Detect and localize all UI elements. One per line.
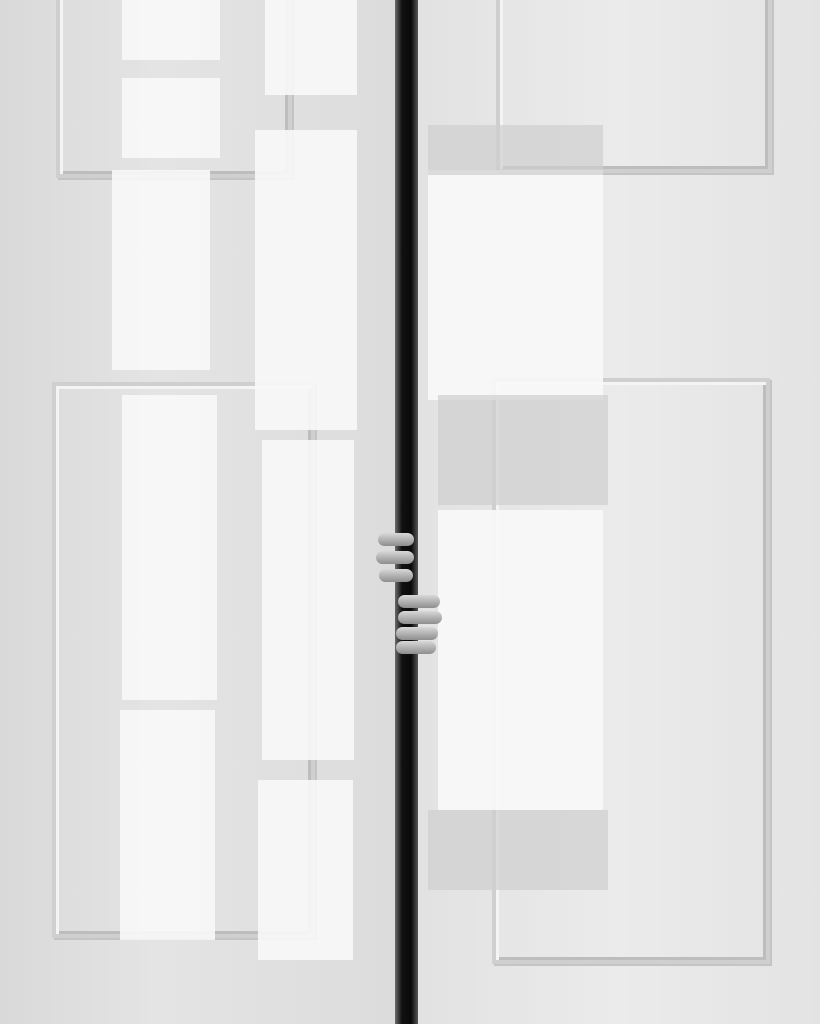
light-patch — [258, 780, 353, 960]
finger — [379, 569, 413, 582]
light-patch — [122, 78, 220, 158]
photo-scene: Black-and-white photograph of two white … — [0, 0, 820, 1024]
finger — [396, 641, 436, 654]
shadow-band — [428, 125, 603, 175]
door-gap — [395, 0, 418, 1024]
light-patch — [255, 130, 357, 430]
light-patch — [265, 0, 357, 95]
finger — [398, 595, 440, 608]
light-patch — [122, 395, 217, 700]
finger — [396, 627, 438, 640]
finger — [378, 533, 414, 546]
light-patch — [122, 0, 220, 60]
finger — [376, 551, 414, 564]
shadow-band — [438, 395, 608, 505]
right-door — [418, 0, 820, 1024]
left-door — [0, 0, 395, 1024]
light-patch — [112, 170, 210, 370]
light-patch — [438, 510, 603, 810]
hand — [376, 515, 451, 655]
light-patch — [428, 170, 603, 400]
finger — [398, 611, 442, 624]
shadow-band — [428, 810, 608, 890]
light-patch — [262, 440, 354, 760]
light-patch — [120, 710, 215, 940]
